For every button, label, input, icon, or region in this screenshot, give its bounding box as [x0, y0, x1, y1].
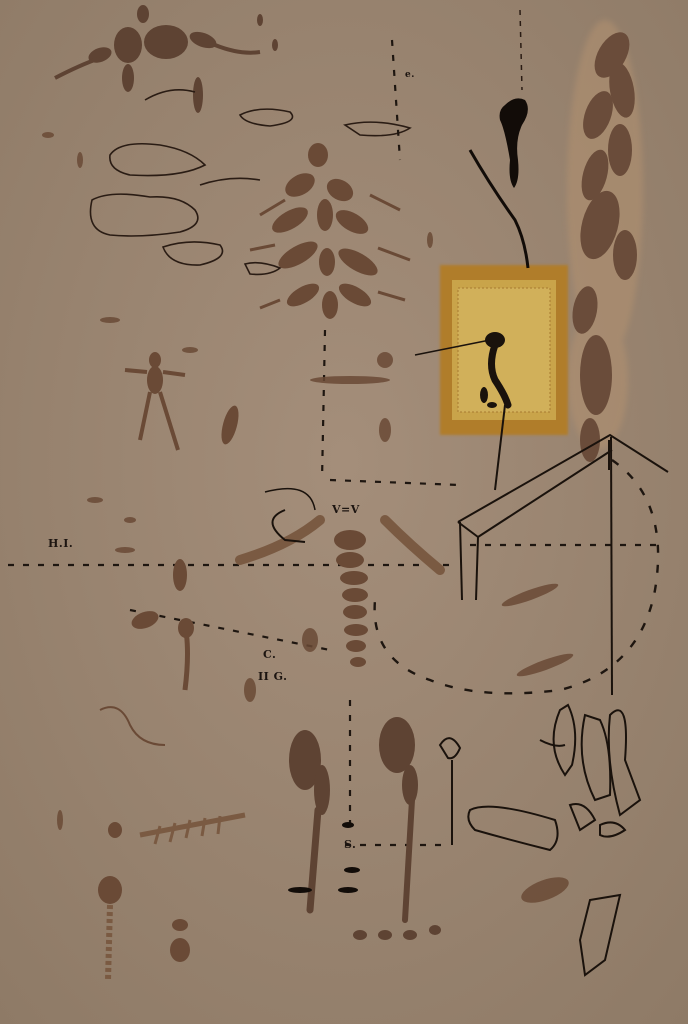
label-c: C.: [263, 648, 276, 661]
label-s: S.: [344, 838, 356, 851]
artwork-canvas: H.I. V=V C. II G. S. e.: [0, 0, 688, 1024]
label-vsv: V=V: [332, 503, 360, 516]
label-e: e.: [405, 70, 415, 80]
label-iig: II G.: [258, 670, 287, 683]
label-hi: H.I.: [48, 537, 73, 550]
